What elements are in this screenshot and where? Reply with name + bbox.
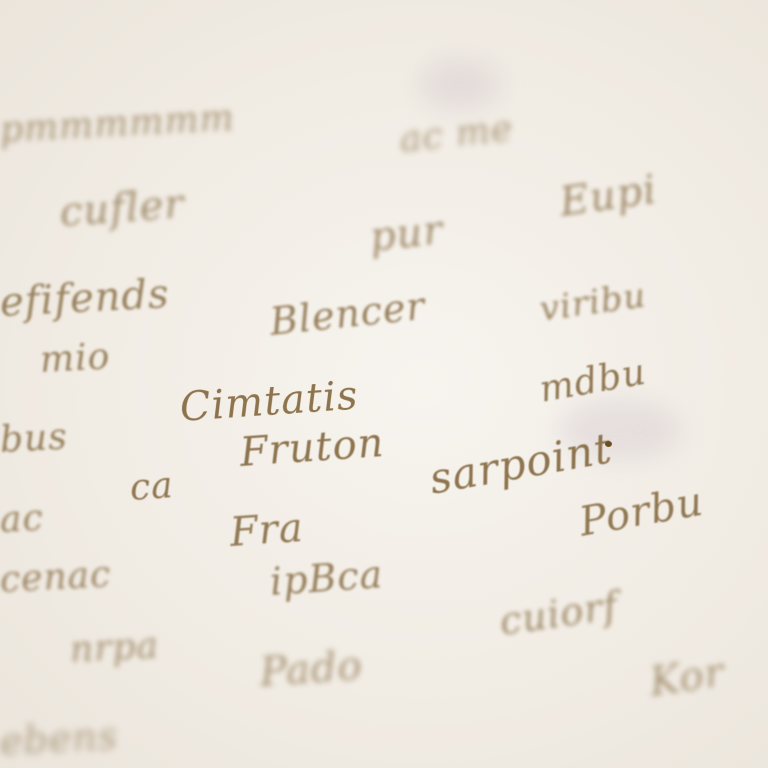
script-word: bus [0, 416, 69, 460]
script-word: Fra [228, 505, 305, 556]
script-word: nrpa [69, 625, 160, 671]
script-word: Pado [258, 643, 364, 696]
script-word: viribu [537, 275, 648, 329]
script-word: Blencer [268, 284, 428, 344]
script-word: Porbu [576, 479, 707, 546]
ink-dot [605, 441, 612, 447]
paper-stain [420, 60, 500, 110]
script-word: sarpoint [426, 423, 616, 503]
script-word: efifends [0, 271, 171, 326]
script-word: ipBca [268, 552, 384, 604]
script-word: pmmmmmm [0, 98, 236, 151]
script-word: Kor [647, 650, 728, 706]
script-word: Cimtatis [178, 373, 359, 431]
script-word: ca [129, 465, 175, 509]
script-word: Eupi [557, 167, 660, 226]
script-word: cuiorf [497, 584, 621, 644]
script-word: ac [0, 498, 45, 541]
manuscript-photo: CimtatisFrutoncaFrasarpointPorbumdbuipBc… [0, 0, 768, 768]
script-word: ac me [398, 108, 515, 161]
script-word: cenac [0, 554, 112, 601]
script-word: mio [39, 336, 111, 381]
script-word: Fruton [238, 420, 385, 476]
script-word: pur [368, 207, 446, 260]
script-word: cufler [58, 181, 185, 236]
script-word: ebens [0, 714, 119, 764]
